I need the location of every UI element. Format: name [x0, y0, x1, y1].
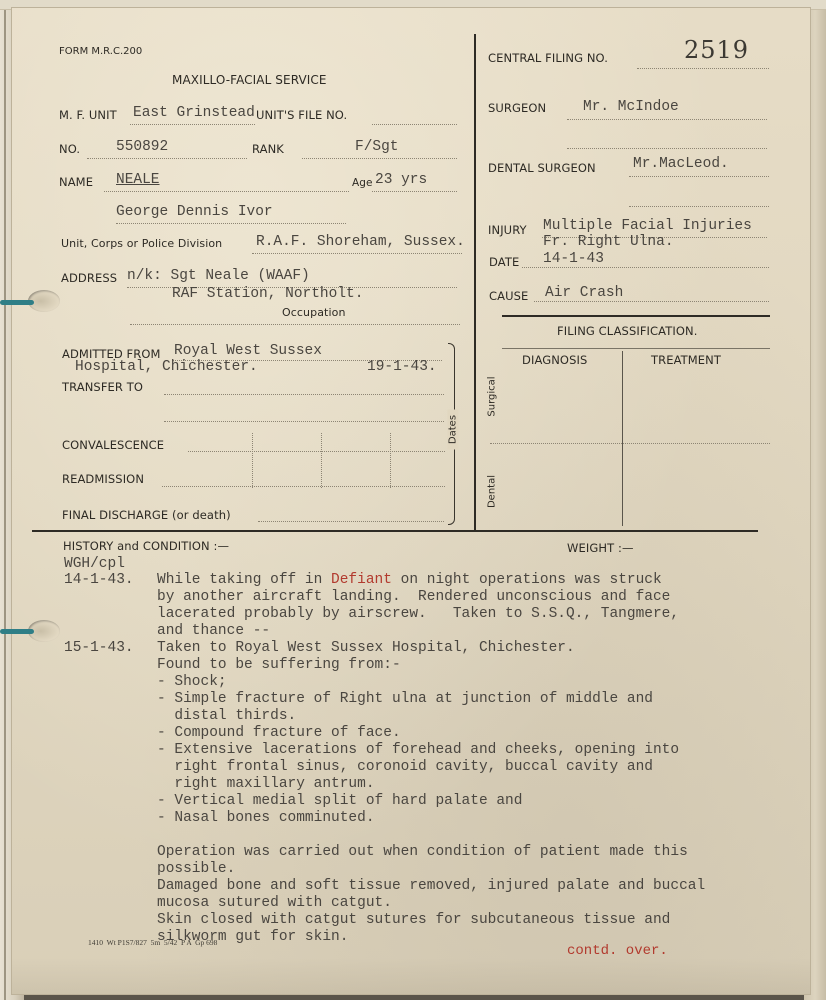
filing-header-rule — [502, 348, 770, 349]
convalescence-line[interactable] — [188, 451, 445, 452]
aircraft-name: Defiant — [331, 572, 392, 588]
age-label: Age — [352, 177, 373, 189]
injury-line1[interactable]: Multiple Facial Injuries — [543, 218, 752, 234]
rank-label: RANK — [252, 142, 284, 156]
occupation-label: Occupation — [282, 306, 346, 319]
medical-record-form: FORM M.R.C.200 MAXILLO-FACIAL SERVICE M.… — [12, 8, 810, 994]
injury-label: INJURY — [488, 223, 527, 237]
history-line: right frontal sinus, coronoid cavity, bu… — [157, 759, 653, 775]
mf-unit-label: M. F. UNIT — [59, 108, 117, 122]
convalescence-label: CONVALESCENCE — [62, 438, 164, 452]
units-file-no-line[interactable] — [372, 124, 457, 125]
admitted-date[interactable]: 19-1-43. — [367, 359, 437, 375]
dates-label: Dates — [448, 410, 459, 450]
occupation-line[interactable] — [130, 324, 460, 325]
admitted-from-line1[interactable]: Royal West Sussex — [174, 343, 322, 359]
mf-unit-line — [130, 124, 255, 125]
history-text: While taking off in — [157, 572, 331, 588]
transfer-to-line[interactable] — [164, 394, 444, 395]
cause-value[interactable]: Air Crash — [545, 285, 623, 301]
diagnosis-header: DIAGNOSIS — [522, 353, 587, 367]
surgeon-value[interactable]: Mr. McIndoe — [583, 99, 679, 115]
date-value[interactable]: 14-1-43 — [543, 251, 604, 267]
cause-line — [534, 301, 769, 302]
operation-note-line: Skin closed with catgut sutures for subc… — [157, 912, 670, 928]
units-file-no-label: UNIT'S FILE NO. — [256, 108, 347, 122]
history-line: - Simple fracture of Right ulna at junct… — [157, 691, 653, 707]
given-names-value[interactable]: George Dennis Ivor — [116, 204, 273, 220]
mf-unit-value[interactable]: East Grinstead — [133, 105, 255, 121]
history-label: HISTORY and CONDITION :— — [63, 539, 229, 553]
address-line1[interactable]: n/k: Sgt Neale (WAAF) — [127, 268, 310, 284]
surgical-row-label: Surgical — [487, 372, 498, 422]
history-line: right maxillary antrum. — [157, 776, 375, 792]
date-label: DATE — [489, 255, 519, 269]
cause-label: CAUSE — [489, 289, 528, 303]
entry-date-2: 15-1-43. — [64, 640, 134, 656]
dental-surgeon-value[interactable]: Mr.MacLeod. — [633, 156, 729, 172]
history-line: Taken to Royal West Sussex Hospital, Chi… — [157, 640, 575, 656]
transfer-to-label: TRANSFER TO — [62, 380, 143, 394]
name-line — [104, 191, 349, 192]
history-line: - Compound fracture of face. — [157, 725, 401, 741]
dental-row-label: Dental — [487, 467, 498, 517]
service-title: MAXILLO-FACIAL SERVICE — [172, 73, 327, 87]
treatment-header: TREATMENT — [651, 353, 721, 367]
history-line: distal thirds. — [157, 708, 296, 724]
surgeon-label: SURGEON — [488, 101, 546, 115]
history-line: - Nasal bones comminuted. — [157, 810, 375, 826]
page-bottom-fold — [12, 958, 810, 994]
readmission-label: READMISSION — [62, 472, 144, 486]
number-label: NO. — [59, 142, 80, 156]
history-line: by another aircraft landing. Rendered un… — [157, 589, 670, 605]
filing-classification-title: FILING CLASSIFICATION. — [557, 324, 697, 338]
number-line — [87, 158, 247, 159]
injury-line2[interactable]: Fr. Right Ulna. — [543, 234, 674, 250]
date-col-divider-3 — [390, 433, 391, 488]
age-line — [372, 191, 457, 192]
history-text: on night operations was struck — [392, 572, 662, 588]
unit-corps-label: Unit, Corps or Police Division — [61, 237, 222, 250]
history-line: - Vertical medial split of hard palate a… — [157, 793, 522, 809]
history-line: While taking off in Defiant on night ope… — [157, 572, 662, 588]
section-divider — [32, 530, 758, 532]
dental-treatment-cell[interactable] — [626, 448, 766, 523]
final-discharge-line[interactable] — [258, 521, 444, 522]
typist-reference: WGH/cpl — [64, 556, 125, 572]
unit-corps-value[interactable]: R.A.F. Shoreham, Sussex. — [256, 234, 465, 250]
dental-surgeon-line-2 — [629, 206, 769, 207]
binding-string-bottom — [0, 629, 34, 634]
date-col-divider-1 — [252, 433, 253, 488]
form-id: FORM M.R.C.200 — [59, 46, 142, 57]
central-filing-label: CENTRAL FILING NO. — [488, 51, 608, 65]
entry-date-1: 14-1-43. — [64, 572, 134, 588]
name-label: NAME — [59, 175, 93, 189]
center-divider — [474, 34, 476, 531]
given-names-line — [116, 223, 346, 224]
rank-value[interactable]: F/Sgt — [355, 139, 399, 155]
weight-label: WEIGHT :— — [567, 541, 634, 555]
operation-note-line: Operation was carried out when condition… — [157, 844, 688, 860]
binding-string-top — [0, 300, 34, 305]
continued-over-note: contd. over. — [567, 943, 668, 959]
history-line: - Extensive lacerations of forehead and … — [157, 742, 679, 758]
history-line: lacerated probably by airscrew. Taken to… — [157, 606, 679, 622]
surgeon-line-2 — [567, 148, 767, 149]
address-label: ADDRESS — [61, 271, 117, 285]
central-filing-number: 2519 — [684, 36, 749, 64]
operation-note-line: mucosa sutured with catgut. — [157, 895, 392, 911]
transfer-to-line-2[interactable] — [164, 421, 444, 422]
rank-line — [302, 158, 457, 159]
dental-surgeon-label: DENTAL SURGEON — [488, 161, 596, 175]
age-value[interactable]: 23 yrs — [375, 172, 427, 188]
readmission-line[interactable] — [162, 486, 445, 487]
address-line2[interactable]: RAF Station, Northolt. — [172, 286, 363, 302]
filing-top-rule — [502, 315, 770, 317]
filing-column-divider — [622, 351, 623, 526]
history-line: - Shock; — [157, 674, 227, 690]
history-line: Found to be suffering from:- — [157, 657, 401, 673]
dental-diagnosis-cell[interactable] — [504, 448, 614, 523]
number-value[interactable]: 550892 — [116, 139, 168, 155]
filing-row-divider — [490, 443, 770, 444]
surgeon-line — [567, 119, 767, 120]
surgical-treatment-cell[interactable] — [626, 388, 766, 438]
operation-note-line: possible. — [157, 861, 235, 877]
history-line: and thance -- — [157, 623, 270, 639]
final-discharge-label: FINAL DISCHARGE (or death) — [62, 508, 231, 522]
admitted-from-line2[interactable]: Hospital, Chichester. — [75, 359, 258, 375]
print-code: 1410 Wt P1S7/827 5m 5/42 P A Gp 698 — [88, 938, 217, 947]
unit-corps-line — [252, 253, 462, 254]
surname-value[interactable]: NEALE — [116, 172, 160, 188]
date-col-divider-2 — [321, 433, 322, 488]
date-line — [522, 267, 769, 268]
operation-note-line: Damaged bone and soft tissue removed, in… — [157, 878, 705, 894]
dental-surgeon-line — [629, 176, 769, 177]
central-filing-line — [637, 68, 769, 69]
surgical-diagnosis-cell[interactable] — [504, 388, 614, 438]
